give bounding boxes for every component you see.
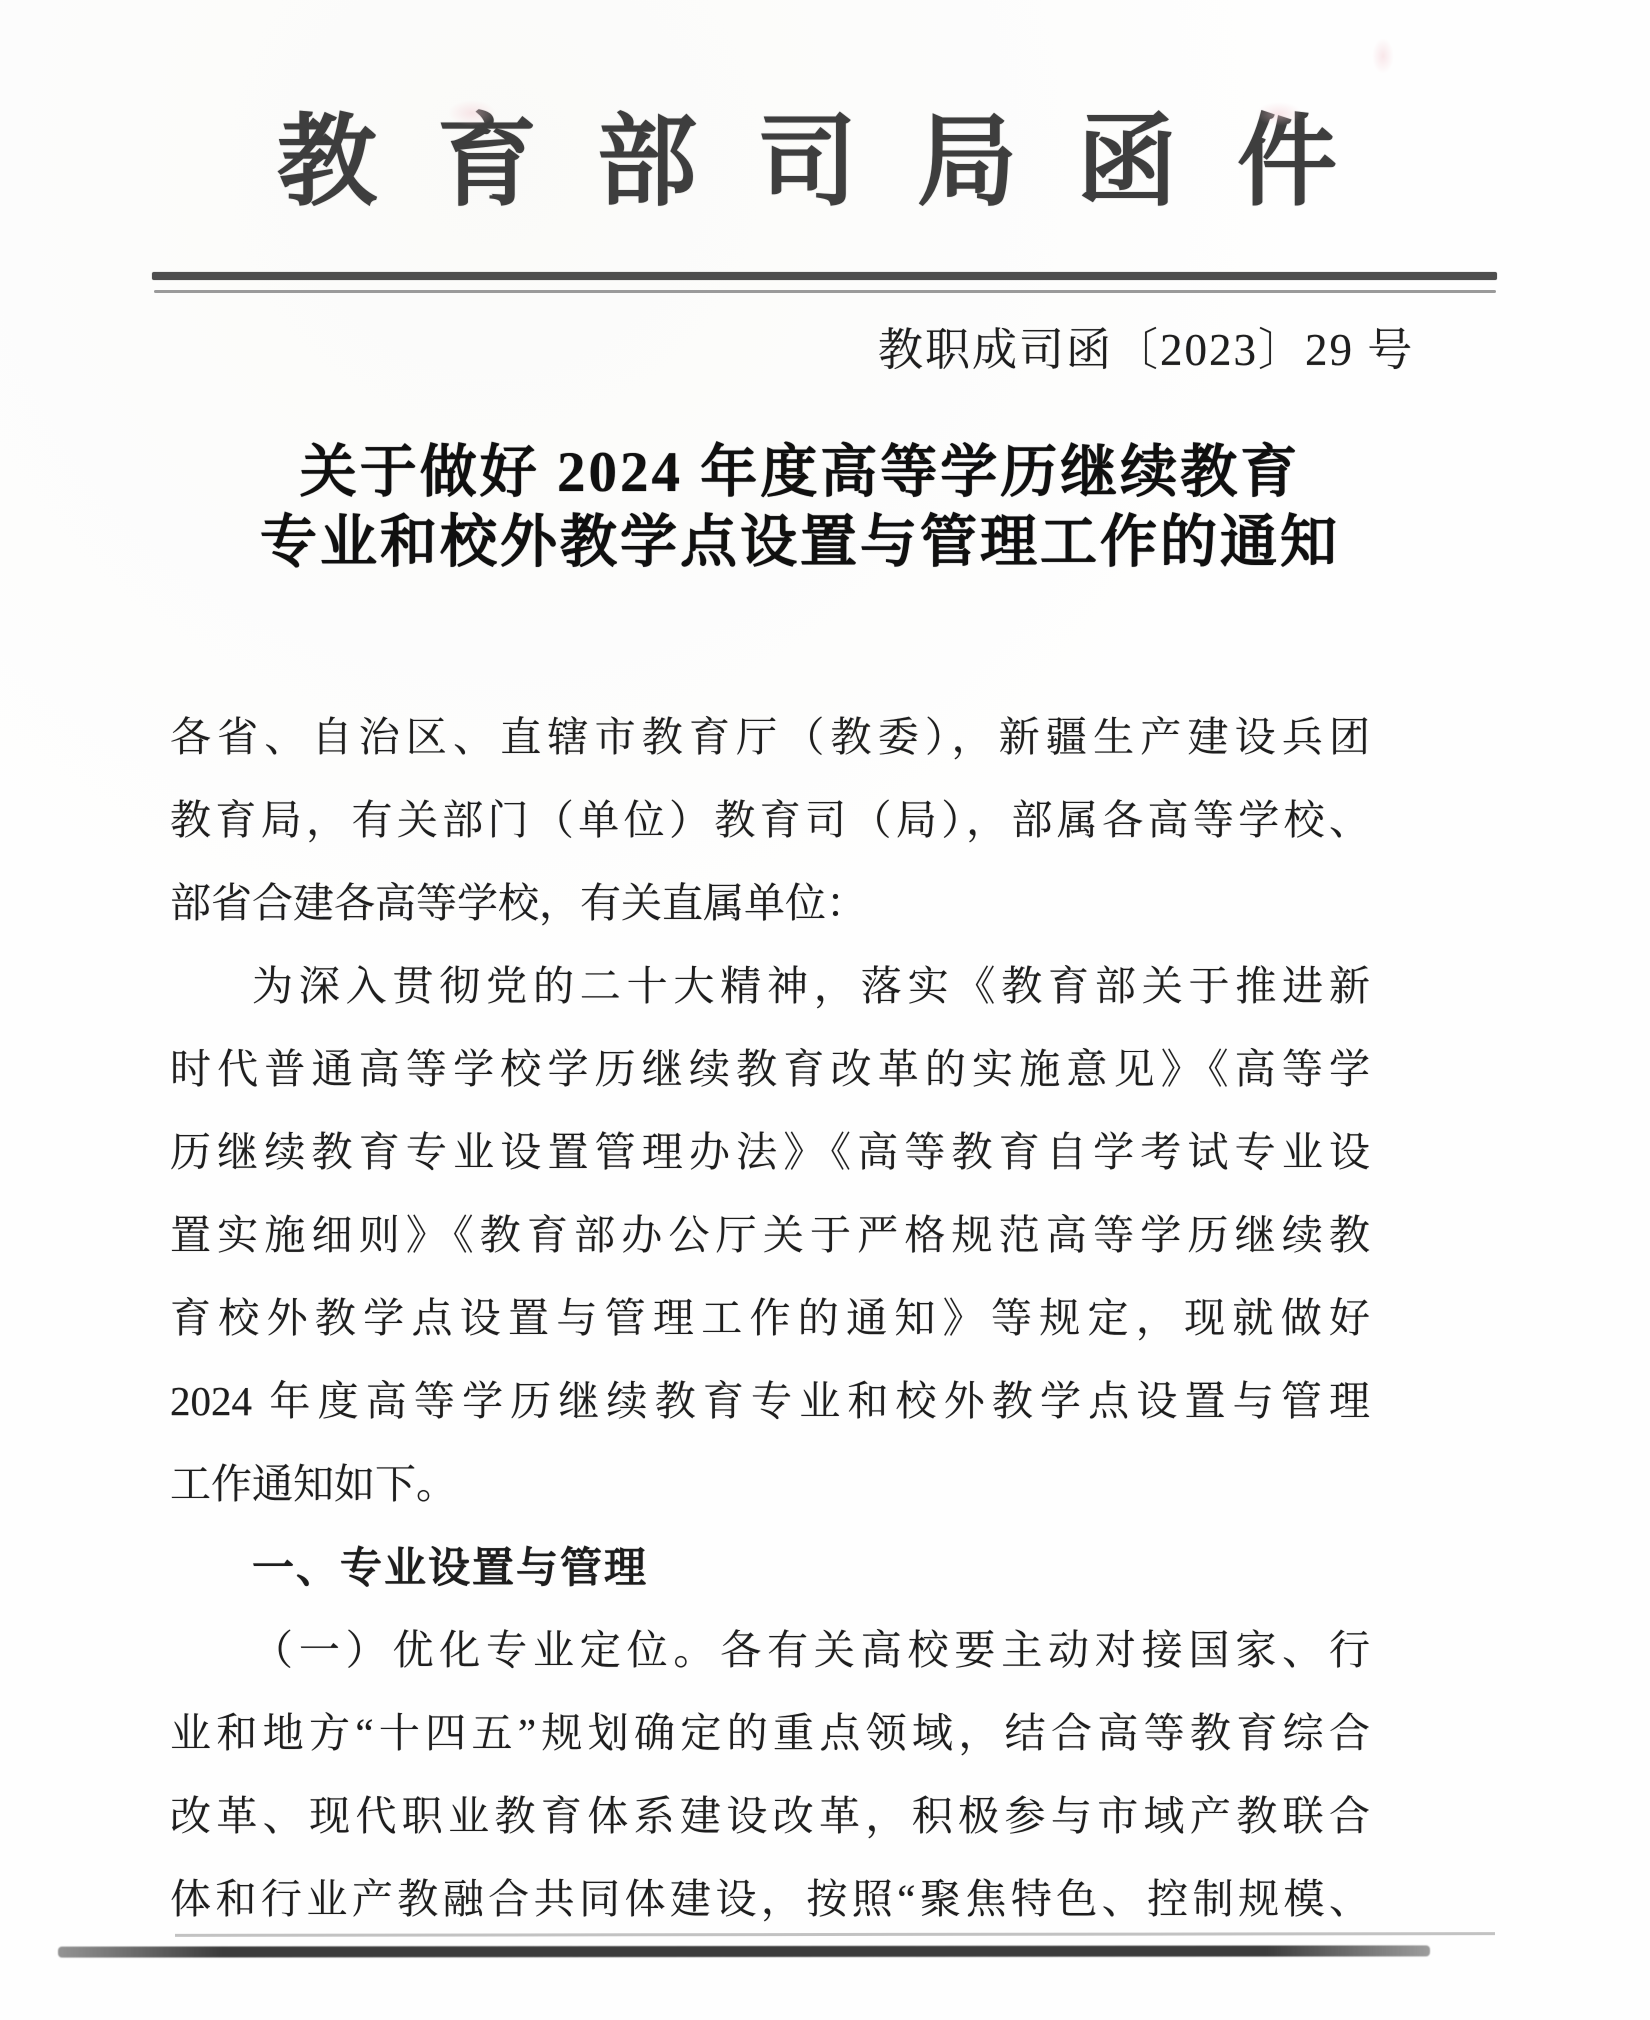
scan-artifact-smudge bbox=[1372, 38, 1394, 74]
section-heading-1: 一、专业设置与管理 bbox=[170, 1526, 1370, 1609]
body-line-para1-6: 2024 年度高等学历继续教育专业和校外教学点设置与管理 bbox=[170, 1360, 1370, 1443]
body-line-para2-3: 改革、现代职业教育体系建设改革，积极参与市域产教联合 bbox=[170, 1775, 1370, 1858]
scanned-document-page: 教育部司局函件 教职成司函〔2023〕29 号 关于做好 2024 年度高等学历… bbox=[0, 0, 1650, 2020]
letterhead-title: 教育部司局函件 bbox=[277, 108, 1397, 218]
scan-artifact-smudge bbox=[448, 100, 496, 126]
body-line-para2-4: 体和行业产教融合共同体建设，按照“聚焦特色、控制规模、 bbox=[170, 1858, 1370, 1941]
body-line-para2-2: 业和地方“十四五”规划确定的重点领域，结合高等教育综合 bbox=[170, 1692, 1370, 1775]
body-line-recipients-1: 各省、自治区、直辖市教育厅（教委），新疆生产建设兵团 bbox=[170, 696, 1370, 779]
body-line-para2-1: （一）优化专业定位。各有关高校要主动对接国家、行 bbox=[170, 1609, 1370, 1692]
body-line-para1-5: 育校外教学点设置与管理工作的通知》等规定，现就做好 bbox=[170, 1277, 1370, 1360]
body-line-para1-7: 工作通知如下。 bbox=[170, 1443, 1370, 1526]
body-line-para1-1: 为深入贯彻党的二十大精神，落实《教育部关于推进新 bbox=[170, 945, 1370, 1028]
body-line-recipients-2: 教育局，有关部门（单位）教育司（局），部属各高等学校、 bbox=[170, 779, 1370, 862]
notice-title-line-1: 关于做好 2024 年度高等学历继续教育 bbox=[200, 438, 1400, 508]
notice-title: 关于做好 2024 年度高等学历继续教育 专业和校外教学点设置与管理工作的通知 bbox=[200, 438, 1400, 578]
scan-shadow-line-dark bbox=[58, 1945, 1430, 1957]
body-line-para1-2: 时代普通高等学校学历继续教育改革的实施意见》《高等学 bbox=[170, 1028, 1370, 1111]
body-line-recipients-3: 部省合建各高等学校，有关直属单位： bbox=[170, 862, 1370, 945]
body-line-para1-3: 历继续教育专业设置管理办法》《高等教育自学考试专业设 bbox=[170, 1111, 1370, 1194]
letterhead-divider-thin bbox=[154, 290, 1496, 293]
notice-title-line-2: 专业和校外教学点设置与管理工作的通知 bbox=[200, 508, 1400, 578]
document-number: 教职成司函〔2023〕29 号 bbox=[878, 322, 1414, 378]
scan-artifact-smudge bbox=[1256, 102, 1302, 126]
document-body: 各省、自治区、直辖市教育厅（教委），新疆生产建设兵团 教育局，有关部门（单位）教… bbox=[170, 696, 1370, 1941]
letterhead-divider-thick bbox=[152, 272, 1497, 280]
body-line-para1-4: 置实施细则》《教育部办公厅关于严格规范高等学历继续教 bbox=[170, 1194, 1370, 1277]
